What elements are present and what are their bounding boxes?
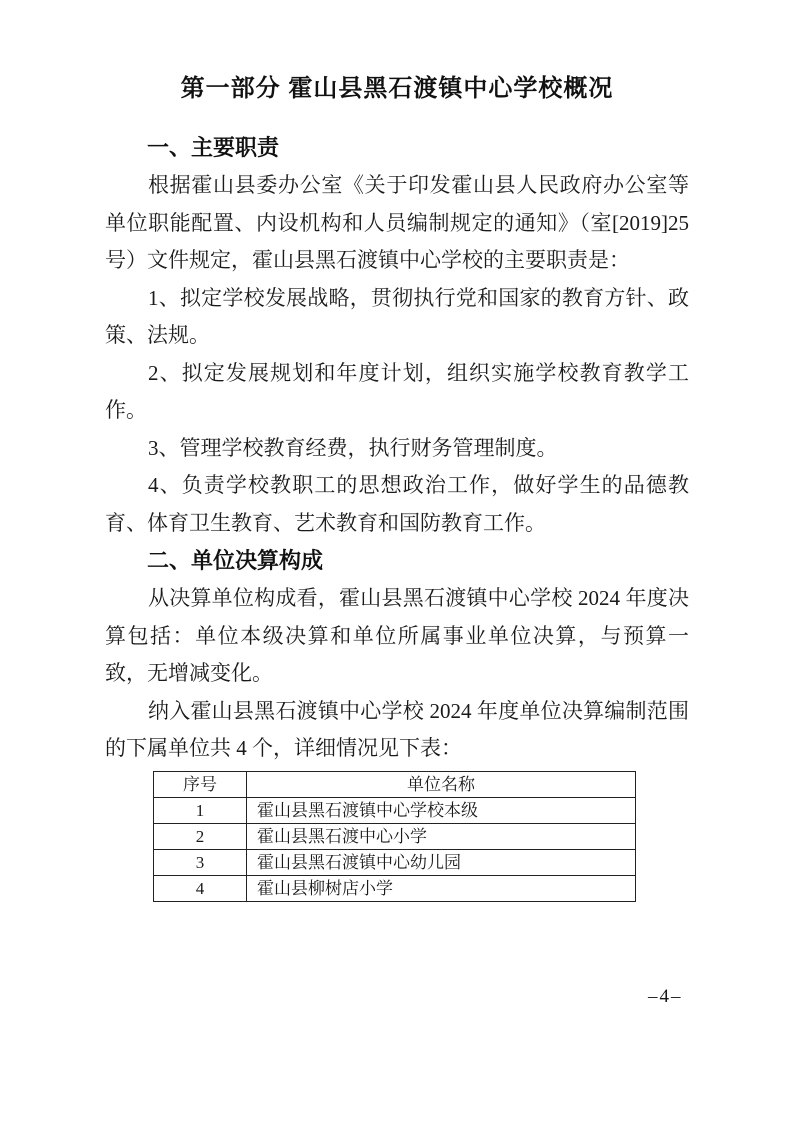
unit-name-cell: 霍山县柳树店小学 xyxy=(247,875,636,901)
row-index-cell: 2 xyxy=(154,823,247,849)
section-heading-main-duties: 一、主要职责 xyxy=(105,129,689,167)
row-index-cell: 1 xyxy=(154,797,247,823)
table-row: 1 霍山县黑石渡镇中心学校本级 xyxy=(154,797,636,823)
document-page: 第一部分 霍山县黑石渡镇中心学校概况 一、主要职责 根据霍山县委办公室《关于印发… xyxy=(0,0,793,1122)
body-paragraph: 从决算单位构成看，霍山县黑石渡镇中心学校 2024 年度决算包括：单位本级决算和… xyxy=(105,580,689,693)
units-table: 序号 单位名称 1 霍山县黑石渡镇中心学校本级 2 霍山县黑石渡中心小学 3 霍… xyxy=(153,771,636,902)
row-index-cell: 3 xyxy=(154,849,247,875)
unit-name-cell: 霍山县黑石渡镇中心学校本级 xyxy=(247,797,636,823)
body-paragraph: 4、负责学校教职工的思想政治工作，做好学生的品德教育、体育卫生教育、艺术教育和国… xyxy=(105,467,689,542)
table-header-row: 序号 单位名称 xyxy=(154,771,636,797)
table-row: 4 霍山县柳树店小学 xyxy=(154,875,636,901)
table-header-unit-name: 单位名称 xyxy=(247,771,636,797)
page-number: –4– xyxy=(648,986,683,1008)
body-paragraph: 纳入霍山县黑石渡镇中心学校 2024 年度单位决算编制范围的下属单位共 4 个，… xyxy=(105,693,689,768)
body-paragraph: 3、管理学校教育经费，执行财务管理制度。 xyxy=(105,430,689,468)
body-paragraph: 2、拟定发展规划和年度计划，组织实施学校教育教学工作。 xyxy=(105,355,689,430)
section-heading-final-accounts-composition: 二、单位决算构成 xyxy=(105,542,689,580)
unit-name-cell: 霍山县黑石渡镇中心幼儿园 xyxy=(247,849,636,875)
unit-name-cell: 霍山县黑石渡中心小学 xyxy=(247,823,636,849)
table-row: 3 霍山县黑石渡镇中心幼儿园 xyxy=(154,849,636,875)
table-row: 2 霍山县黑石渡中心小学 xyxy=(154,823,636,849)
row-index-cell: 4 xyxy=(154,875,247,901)
table-header-index: 序号 xyxy=(154,771,247,797)
body-paragraph: 根据霍山县委办公室《关于印发霍山县人民政府办公室等单位职能配置、内设机构和人员编… xyxy=(105,167,689,280)
body-paragraph: 1、拟定学校发展战略，贯彻执行党和国家的教育方针、政策、法规。 xyxy=(105,280,689,355)
page-title: 第一部分 霍山县黑石渡镇中心学校概况 xyxy=(105,72,689,106)
